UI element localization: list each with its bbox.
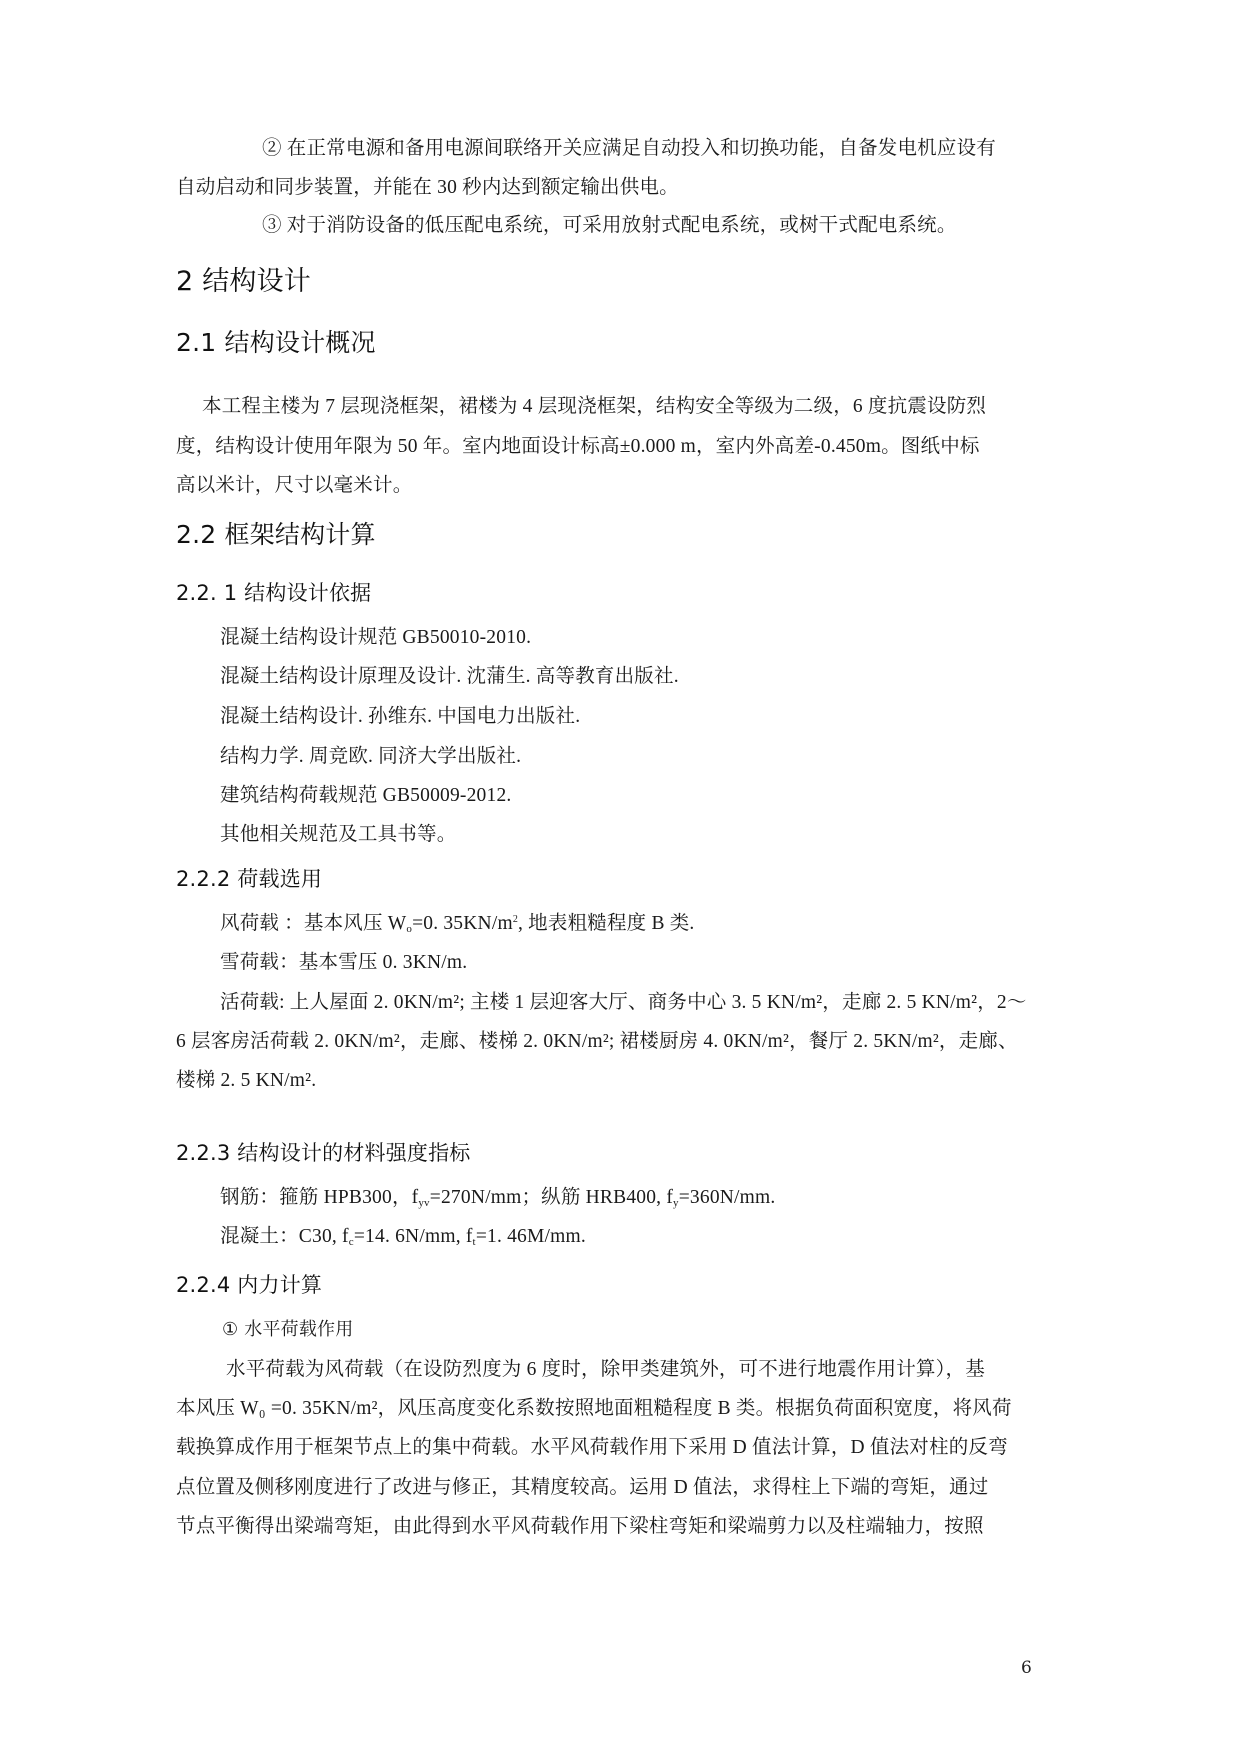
subsection-heading-2-2-1: 2.2. 1 结构设计依据	[176, 580, 371, 606]
paragraph-line: 本风压 W₀ =0. 35KN/m²，风压高度变化系数按照地面粗糙程度 B 类。…	[176, 1397, 1012, 1421]
concrete-strength-line: 混凝土：C30, fc=14. 6N/mm, ft=1. 46M/mm.	[220, 1225, 586, 1249]
wind-load-line: 风荷载 ：基本风压 Wo=0. 35KN/m2, 地表粗糙程度 B 类.	[220, 912, 695, 936]
reference-item: 其他相关规范及工具书等。	[220, 823, 456, 847]
reference-item: 混凝土结构设计规范 GB50010-2010.	[220, 626, 531, 650]
item-heading-horizontal-load: ① 水平荷载作用	[222, 1318, 353, 1342]
reference-item: 混凝土结构设计原理及设计. 沈蒲生. 高等教育出版社.	[220, 665, 679, 689]
subsection-heading-2-2-3: 2.2.3 结构设计的材料强度指标	[176, 1140, 471, 1166]
reference-item: 建筑结构荷载规范 GB50009-2012.	[220, 784, 511, 808]
paragraph-line: 高以米计，尺寸以毫米计。	[176, 474, 412, 498]
snow-load-line: 雪荷载：基本雪压 0. 3KN/m.	[220, 951, 467, 975]
paragraph-line: 本工程主楼为 7 层现浇框架，裙楼为 4 层现浇框架，结构安全等级为二级，6 度…	[202, 395, 986, 419]
section-heading-2-2: 2.2 框架结构计算	[176, 520, 376, 550]
paragraph-line: 水平荷载为风荷载（在设防烈度为 6 度时，除甲类建筑外，可不进行地震作用计算），…	[226, 1358, 985, 1382]
paragraph-line: 点位置及侧移刚度进行了改进与修正，其精度较高。运用 D 值法，求得柱上下端的弯矩…	[176, 1476, 988, 1500]
live-load-line: 活荷载: 上人屋面 2. 0KN/m²; 主楼 1 层迎客大厅、商务中心 3. …	[220, 991, 1027, 1015]
subsection-heading-2-2-2: 2.2.2 荷载选用	[176, 866, 322, 892]
circled-number-2: ②	[262, 138, 282, 159]
paragraph-line: 节点平衡得出梁端弯矩，由此得到水平风荷载作用下梁柱弯矩和梁端剪力以及柱端轴力，按…	[176, 1515, 984, 1539]
subsection-heading-2-2-4: 2.2.4 内力计算	[176, 1272, 322, 1298]
steel-strength-line: 钢筋：箍筋 HPB300，fyv=270N/mm；纵筋 HRB400, fy=3…	[220, 1186, 775, 1210]
chapter-heading: 2 结构设计	[176, 266, 311, 298]
live-load-line: 6 层客房活荷载 2. 0KN/m²，走廊、楼梯 2. 0KN/m²; 裙楼厨房…	[176, 1030, 1018, 1054]
list-item-3: ③ 对于消防设备的低压配电系统，可采用放射式配电系统，或树干式配电系统。	[262, 214, 957, 238]
paragraph-line: 度，结构设计使用年限为 50 年。室内地面设计标高±0.000 m，室内外高差-…	[176, 435, 980, 459]
section-heading-2-1: 2.1 结构设计概况	[176, 328, 376, 358]
paragraph-line: 载换算成作用于框架节点上的集中荷载。水平风荷载作用下采用 D 值法计算，D 值法…	[176, 1436, 1008, 1460]
reference-item: 结构力学. 周竞欧. 同济大学出版社.	[220, 745, 521, 769]
document-page: ② 在正常电源和备用电源间联络开关应满足自动投入和切换功能，自备发电机应设有 自…	[0, 0, 1240, 1755]
list-item-2-line-2: 自动启动和同步装置，并能在 30 秒内达到额定输出供电。	[176, 176, 679, 200]
list-item-2-line-1: ② 在正常电源和备用电源间联络开关应满足自动投入和切换功能，自备发电机应设有	[262, 137, 996, 161]
reference-item: 混凝土结构设计. 孙维东. 中国电力出版社.	[220, 705, 580, 729]
live-load-line: 楼梯 2. 5 KN/m².	[176, 1069, 316, 1093]
page-number: 6	[1021, 1658, 1032, 1678]
circled-number-3: ③	[262, 215, 282, 236]
